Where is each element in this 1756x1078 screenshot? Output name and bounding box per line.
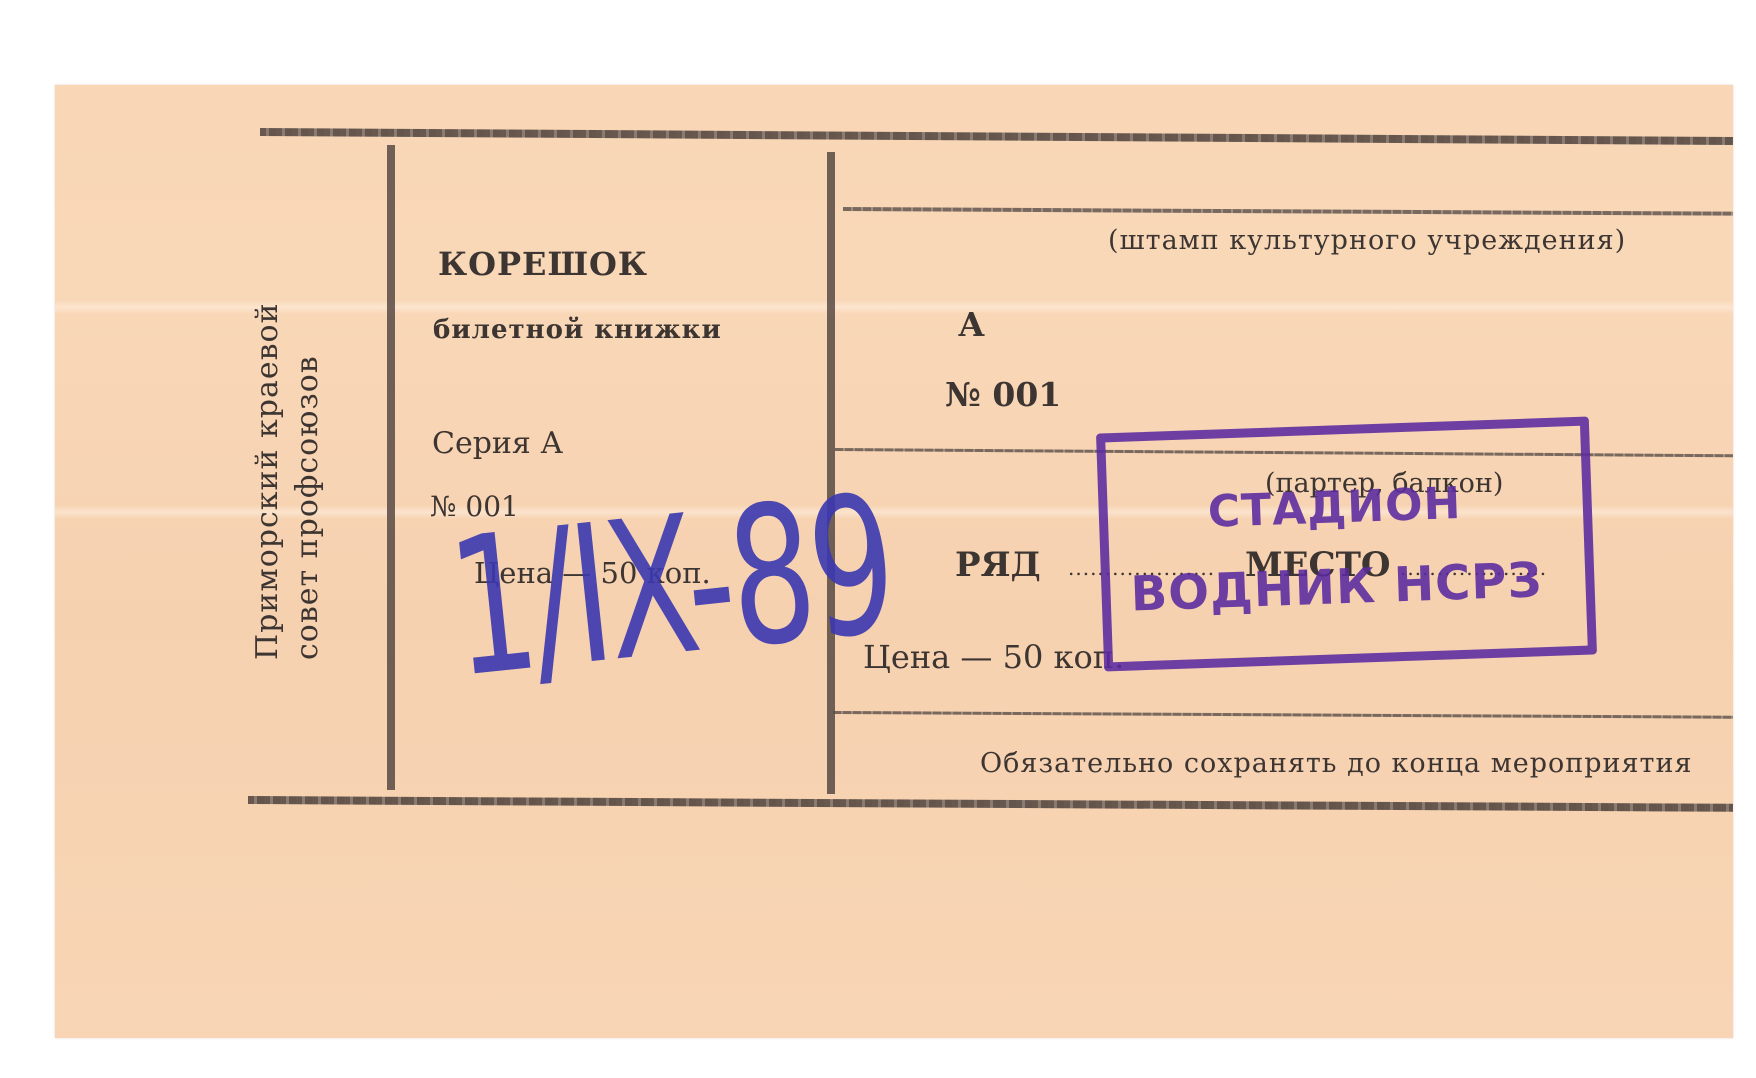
main-price: Цена — 50 коп. [863, 638, 1124, 676]
stamp-line1: СТАДИОН [1207, 478, 1462, 538]
issuer-line1: Приморский краевой [248, 302, 288, 660]
stub-series: Серия А [432, 426, 563, 461]
issuer-vertical-text: Приморский краевой совет профсоюзов [248, 302, 328, 660]
footer-note: Обязательно сохранять до конца мероприят… [980, 748, 1693, 779]
stamp-caption: (штамп культурного учреждения) [1108, 225, 1626, 256]
stub-subtitle: билетной книжки [433, 315, 722, 345]
row-label: РЯД [955, 545, 1041, 585]
stub-divider-left [387, 145, 395, 790]
ticket-number: № 001 [945, 375, 1061, 414]
series-letter: А [958, 305, 985, 344]
venue-ink-stamp: СТАДИОН ВОДНИК НСРЗ [1096, 416, 1597, 671]
handwritten-date: 1/IX-89 [440, 454, 902, 720]
issuer-line2: совет профсоюзов [288, 302, 328, 660]
stamp-line2: ВОДНИК НСРЗ [1130, 552, 1544, 622]
stub-title: КОРЕШОК [438, 245, 648, 283]
